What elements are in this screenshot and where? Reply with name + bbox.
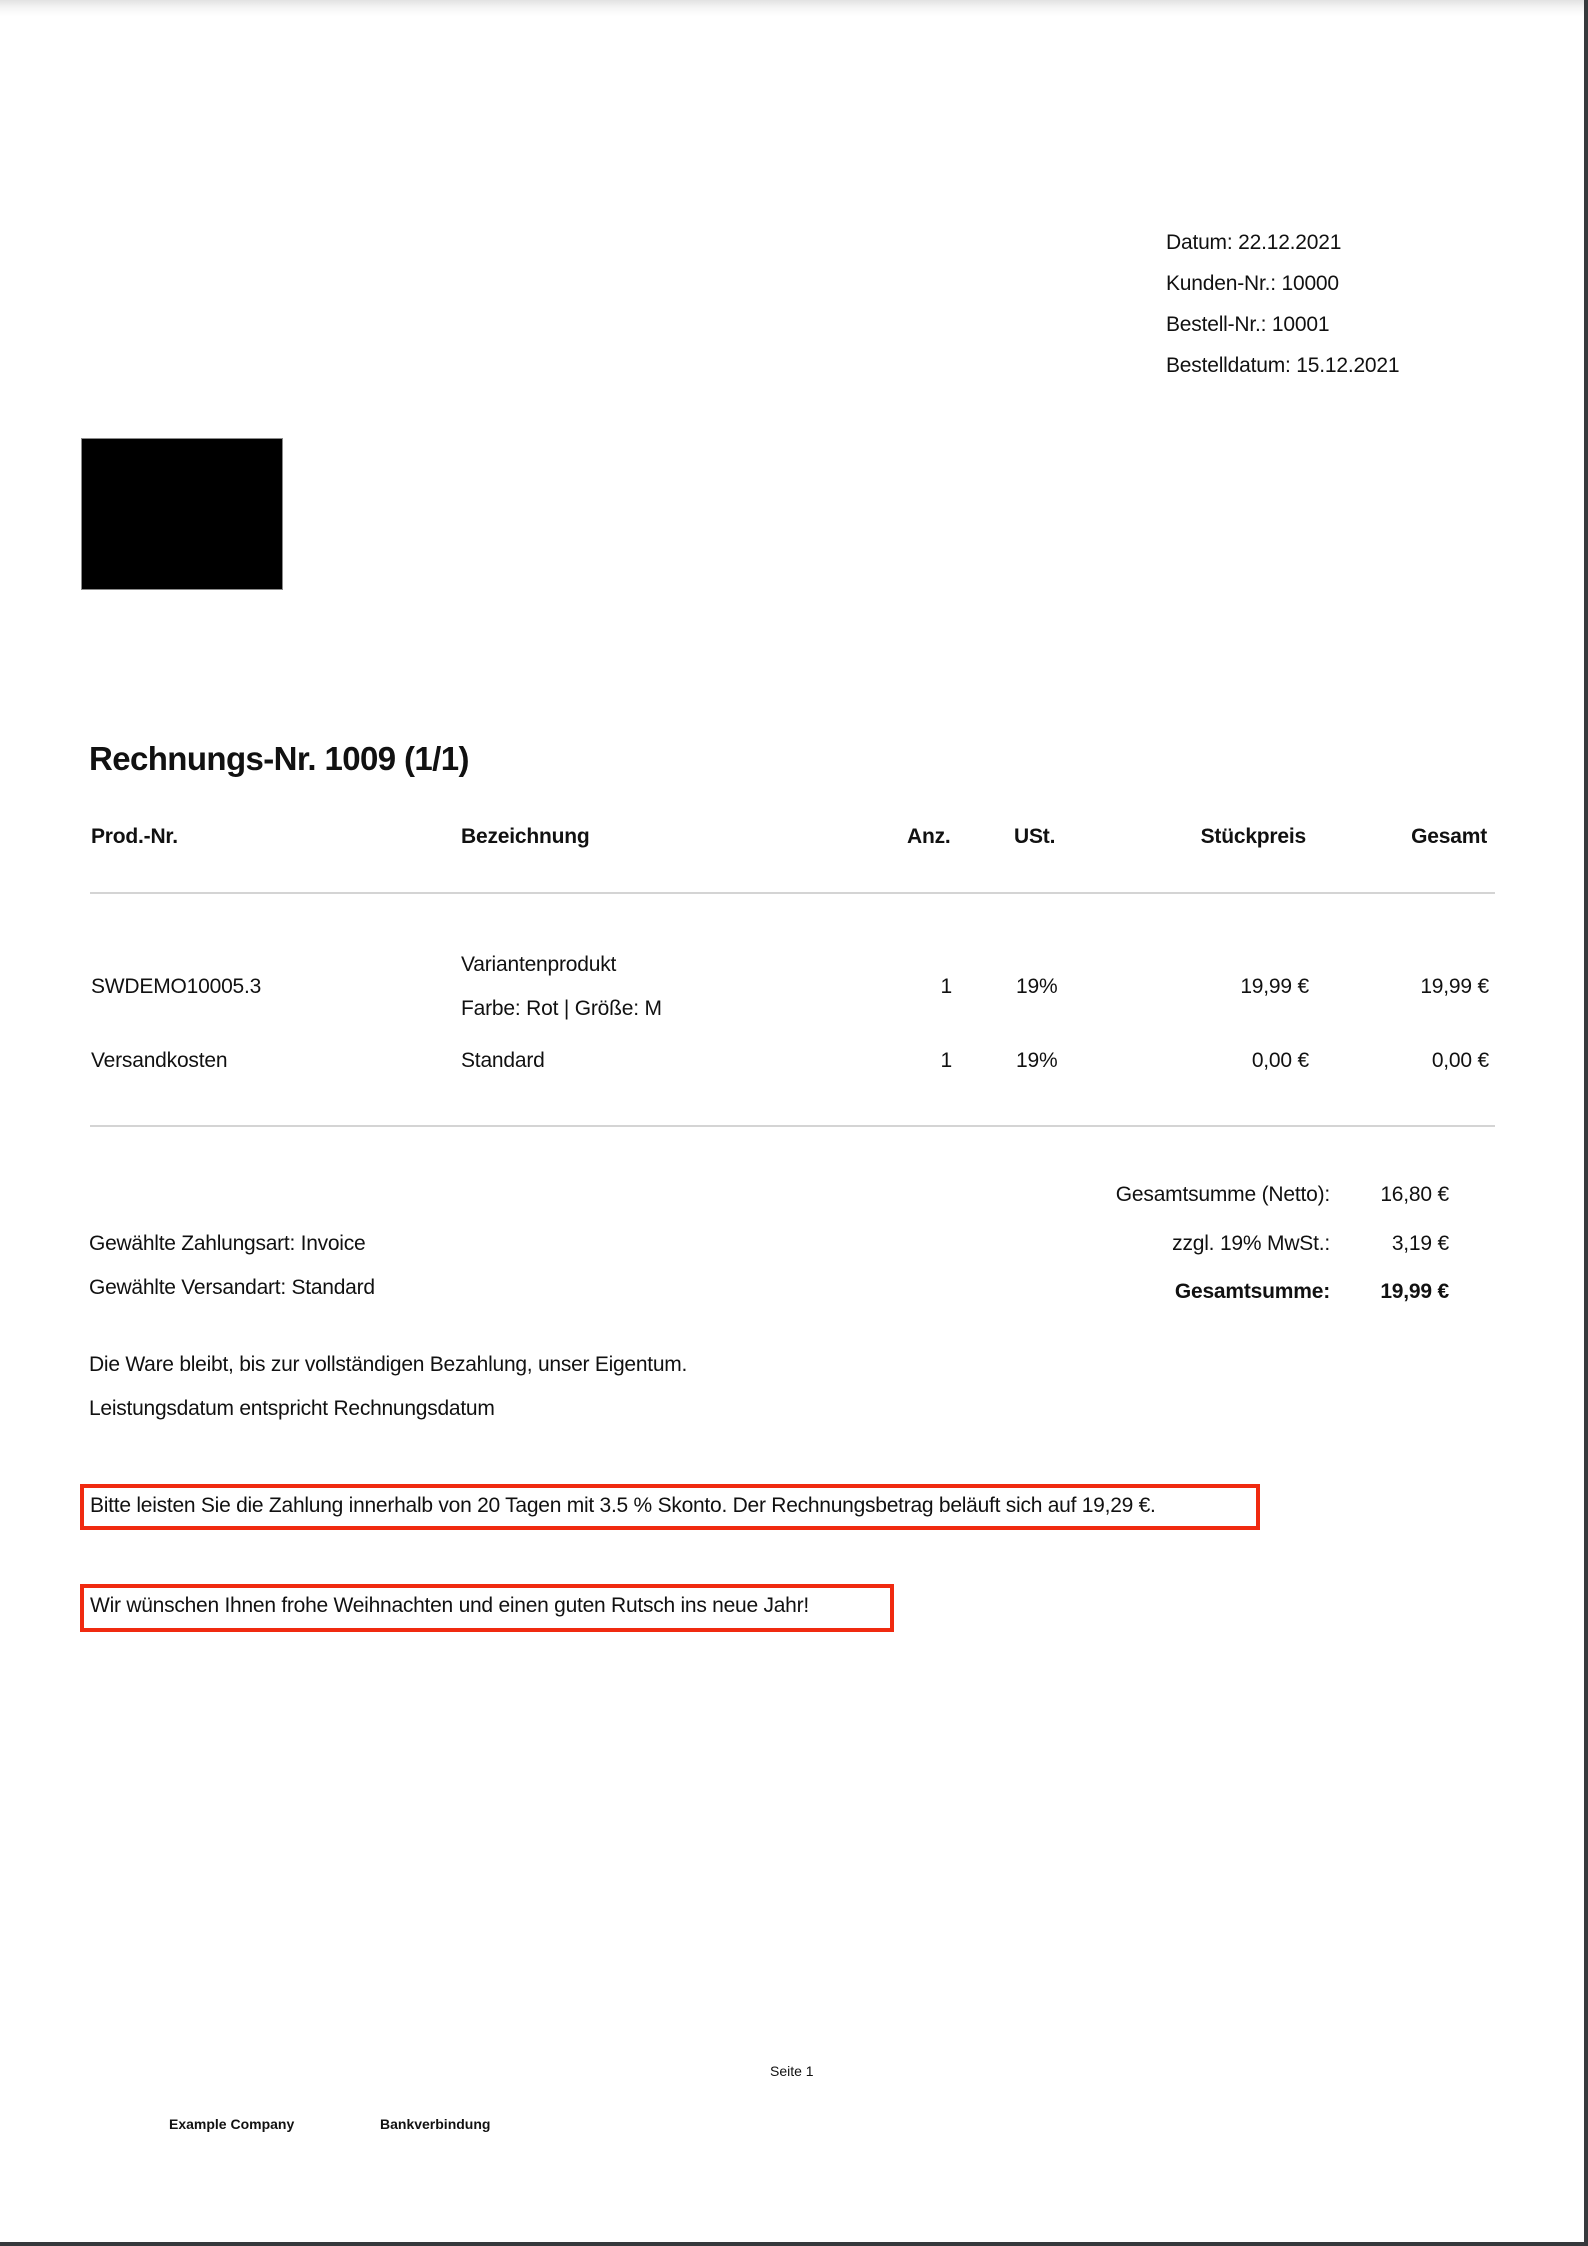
top-shadow (0, 0, 1584, 16)
row-total: 19,99 € (1420, 975, 1489, 999)
col-header-description: Bezeichnung (461, 825, 589, 849)
shipping-method: Gewählte Versandart: Standard (89, 1276, 375, 1300)
row-product-no: Versandkosten (91, 1049, 227, 1073)
row-quantity: 1 (941, 975, 952, 999)
gross-total-value: 19,99 € (1380, 1280, 1449, 1304)
tax-total-label: zzgl. 19% MwSt.: (1172, 1232, 1330, 1256)
col-header-product-no: Prod.-Nr. (91, 825, 178, 849)
invoice-page: Datum: 22.12.2021 Kunden-Nr.: 10000 Best… (0, 0, 1584, 2242)
col-header-quantity: Anz. (907, 825, 951, 849)
col-header-total: Gesamt (1411, 825, 1487, 849)
meta-customer-no: Kunden-Nr.: 10000 (1166, 263, 1399, 304)
greeting-highlight: Wir wünschen Ihnen frohe Weihnachten und… (80, 1584, 894, 1632)
table-bottom-divider (90, 1125, 1495, 1127)
meta-date: Datum: 22.12.2021 (1166, 222, 1399, 263)
meta-order-date: Bestelldatum: 15.12.2021 (1166, 345, 1399, 386)
row-quantity: 1 (941, 1049, 952, 1073)
viewer-edge-right (1584, 0, 1588, 2246)
payment-method: Gewählte Zahlungsart: Invoice (89, 1232, 365, 1256)
service-date-note: Leistungsdatum entspricht Rechnungsdatum (89, 1397, 495, 1421)
viewer-edge-bottom (0, 2242, 1588, 2246)
row-description: Standard (461, 1049, 545, 1073)
payment-terms-highlight: Bitte leisten Sie die Zahlung innerhalb … (80, 1484, 1260, 1530)
page-number: Seite 1 (770, 2063, 814, 2079)
company-logo (82, 439, 282, 589)
row-unit-price: 19,99 € (1240, 975, 1309, 999)
tax-total-value: 3,19 € (1392, 1232, 1449, 1256)
invoice-title: Rechnungs-Nr. 1009 (1/1) (89, 740, 469, 778)
invoice-meta: Datum: 22.12.2021 Kunden-Nr.: 10000 Best… (1166, 222, 1399, 386)
meta-order-no: Bestell-Nr.: 10001 (1166, 304, 1399, 345)
table-header-divider (90, 892, 1495, 894)
row-tax: 19% (1016, 1049, 1057, 1073)
row-description: Variantenprodukt (461, 953, 616, 977)
row-options: Farbe: Rot | Größe: M (461, 997, 662, 1021)
footer-company: Example Company (169, 2116, 294, 2132)
net-total-label: Gesamtsumme (Netto): (1116, 1183, 1330, 1207)
ownership-note: Die Ware bleibt, bis zur vollständigen B… (89, 1353, 687, 1377)
row-product-no: SWDEMO10005.3 (91, 975, 261, 999)
gross-total-label: Gesamtsumme: (1175, 1280, 1330, 1304)
row-total: 0,00 € (1432, 1049, 1489, 1073)
col-header-tax: USt. (1014, 825, 1055, 849)
row-tax: 19% (1016, 975, 1057, 999)
footer-bank: Bankverbindung (380, 2116, 490, 2132)
row-unit-price: 0,00 € (1252, 1049, 1309, 1073)
net-total-value: 16,80 € (1380, 1183, 1449, 1207)
col-header-unit-price: Stückpreis (1201, 825, 1306, 849)
